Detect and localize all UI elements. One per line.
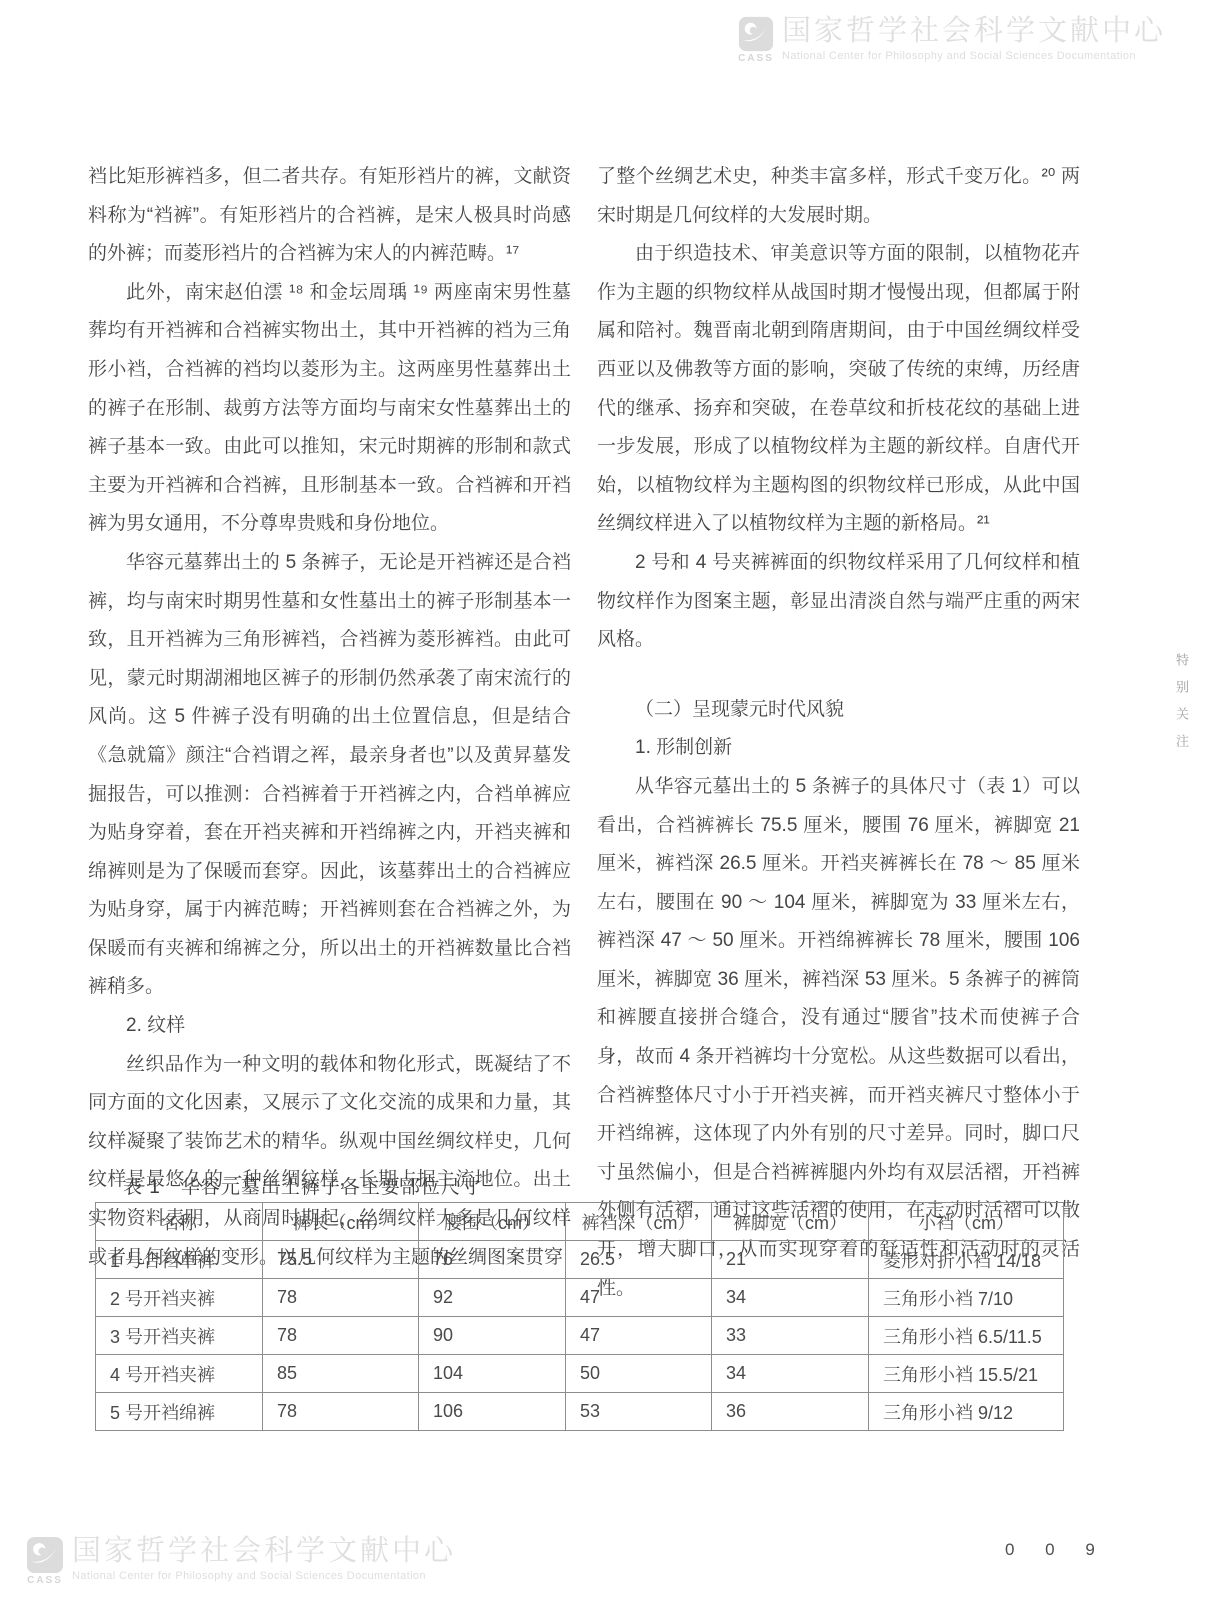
- paragraph: 2. 纹样: [88, 1007, 571, 1046]
- table-cell: 1 号合裆单裤: [96, 1241, 263, 1279]
- paragraph: 1. 形制创新: [597, 729, 1080, 768]
- table-cell: 106: [419, 1393, 566, 1431]
- table-cell: 三角形小裆 7/10: [869, 1279, 1064, 1317]
- left-text-column: 裆比矩形裤裆多，但二者共存。有矩形裆片的裤，文献资料称为“裆裤”。有矩形裆片的合…: [88, 158, 571, 1277]
- table-row: 3 号开裆夹裤78904733三角形小裆 6.5/11.5: [96, 1317, 1064, 1355]
- paragraph: 此外，南宋赵伯澐 ¹⁸ 和金坛周瑀 ¹⁹ 两座南宋男性墓葬均有开裆裤和合裆裤实物…: [88, 274, 571, 544]
- table-cell: 85: [263, 1355, 419, 1393]
- table-cell: 78: [263, 1317, 419, 1355]
- table-cell: 2 号开裆夹裤: [96, 1279, 263, 1317]
- table-row: 5 号开裆绵裤781065336三角形小裆 9/12: [96, 1393, 1064, 1431]
- table-cell: 76: [419, 1241, 566, 1279]
- right-text-column: 了整个丝绸艺术史，种类丰富多样，形式千变万化。²⁰ 两宋时期是几何纹样的大发展时…: [597, 158, 1080, 1308]
- table-cell: 5 号开裆绵裤: [96, 1393, 263, 1431]
- table-cell: 33: [712, 1317, 869, 1355]
- page-number: 0 0 9: [1005, 1540, 1108, 1560]
- document-page: CASS 国家哲学社会科学文献中心 National Center for Ph…: [0, 0, 1218, 1615]
- brand-name-cn: 国家哲学社会科学文献中心: [782, 16, 1166, 48]
- table-row: 2 号开裆夹裤78924734三角形小裆 7/10: [96, 1279, 1064, 1317]
- table-cell: 50: [566, 1355, 712, 1393]
- paragraph: 由于织造技术、审美意识等方面的限制，以植物花卉作为主题的织物纹样从战国时期才慢慢…: [597, 235, 1080, 544]
- cass-abbr-label: CASS: [27, 1575, 63, 1586]
- table-cell: 47: [566, 1279, 712, 1317]
- sidebar-vertical-label: 特别关注: [1172, 653, 1191, 761]
- table-cell: 21: [712, 1241, 869, 1279]
- brand-name-en: National Center for Philosophy and Socia…: [72, 1570, 456, 1582]
- table-cell: 三角形小裆 9/12: [869, 1393, 1064, 1431]
- table-cell: 26.5: [566, 1241, 712, 1279]
- table-body: 1 号合裆单裤75.57626.521菱形对折小裆 14/182 号开裆夹裤78…: [96, 1241, 1064, 1431]
- table-column-header: 腰围（cm）: [419, 1203, 566, 1241]
- table-cell: 34: [712, 1279, 869, 1317]
- table-cell: 3 号开裆夹裤: [96, 1317, 263, 1355]
- table-row: 4 号开裆夹裤851045034三角形小裆 15.5/21: [96, 1355, 1064, 1393]
- brand-name-en: National Center for Philosophy and Socia…: [782, 50, 1166, 62]
- table-row: 1 号合裆单裤75.57626.521菱形对折小裆 14/18: [96, 1241, 1064, 1279]
- table-cell: 78: [263, 1279, 419, 1317]
- paragraph: 裆比矩形裤裆多，但二者共存。有矩形裆片的裤，文献资料称为“裆裤”。有矩形裆片的合…: [88, 158, 571, 274]
- table-cell: 90: [419, 1317, 566, 1355]
- cass-abbr-label: CASS: [738, 53, 774, 64]
- paragraph: 2 号和 4 号夹裤裤面的织物纹样采用了几何纹样和植物纹样作为图案主题，彰显出清…: [597, 544, 1080, 660]
- table-column-header: 小裆（cm）: [869, 1203, 1064, 1241]
- trouser-dimensions-table: 名称裤长（cm）腰围（cm）裤裆深（cm）裤脚宽（cm）小裆（cm） 1 号合裆…: [95, 1202, 1064, 1431]
- paragraph: 华容元墓葬出土的 5 条裤子，无论是开裆裤还是合裆裤，均与南宋时期男性墓和女性墓…: [88, 544, 571, 1007]
- table-cell: 92: [419, 1279, 566, 1317]
- header-watermark-logo: CASS 国家哲学社会科学文献中心 National Center for Ph…: [738, 16, 1166, 64]
- table-cell: 78: [263, 1393, 419, 1431]
- table-cell: 4 号开裆夹裤: [96, 1355, 263, 1393]
- footer-watermark-logo: CASS 国家哲学社会科学文献中心 National Center for Ph…: [26, 1536, 456, 1586]
- table-cell: 104: [419, 1355, 566, 1393]
- brand-name-cn: 国家哲学社会科学文献中心: [72, 1536, 456, 1568]
- table-cell: 菱形对折小裆 14/18: [869, 1241, 1064, 1279]
- table-column-header: 裤脚宽（cm）: [712, 1203, 869, 1241]
- table-cell: 34: [712, 1355, 869, 1393]
- table-cell: 三角形小裆 6.5/11.5: [869, 1317, 1064, 1355]
- table-cell: 三角形小裆 15.5/21: [869, 1355, 1064, 1393]
- paragraph: 了整个丝绸艺术史，种类丰富多样，形式千变万化。²⁰ 两宋时期是几何纹样的大发展时…: [597, 158, 1080, 235]
- table-cell: 53: [566, 1393, 712, 1431]
- cass-logo-icon: [738, 16, 774, 52]
- table-cell: 75.5: [263, 1241, 419, 1279]
- table-column-header: 裤长（cm）: [263, 1203, 419, 1241]
- cass-logo-icon: [26, 1536, 64, 1574]
- paragraph: （二）呈现蒙元时代风貌: [597, 691, 1080, 730]
- table-header-row: 名称裤长（cm）腰围（cm）裤裆深（cm）裤脚宽（cm）小裆（cm）: [96, 1203, 1064, 1241]
- table-cell: 47: [566, 1317, 712, 1355]
- table-column-header: 裤裆深（cm）: [566, 1203, 712, 1241]
- table-cell: 36: [712, 1393, 869, 1431]
- table-caption: 表 1 华容元墓出土裤子各主要部位尺寸: [123, 1172, 481, 1199]
- table-column-header: 名称: [96, 1203, 263, 1241]
